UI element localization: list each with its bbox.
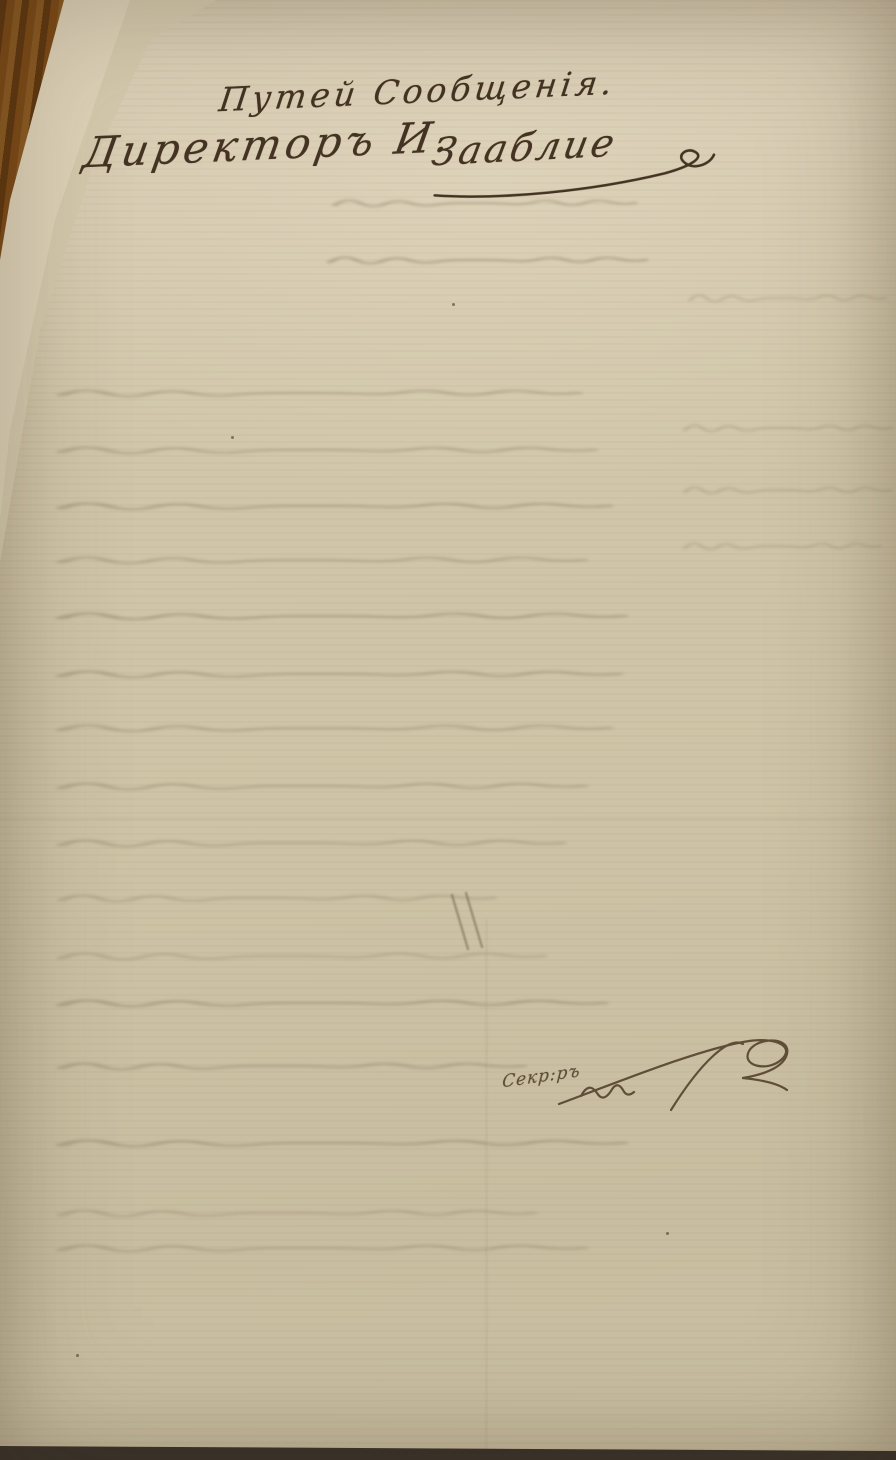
photographed-manuscript-page: Путей Сообщенія. Директоръ И. Зааблие Се… (0, 0, 896, 1460)
dust-speck (666, 1232, 669, 1235)
secretary-signature-flourish (553, 1028, 793, 1118)
dust-speck (452, 303, 455, 306)
horizontal-fold-crease (0, 818, 896, 821)
dust-speck (76, 1354, 79, 1357)
dust-speck (231, 436, 234, 439)
bleed-through-text (0, 0, 896, 1460)
vertical-fold-crease (486, 920, 489, 1460)
pencil-slash-mark (448, 893, 488, 953)
